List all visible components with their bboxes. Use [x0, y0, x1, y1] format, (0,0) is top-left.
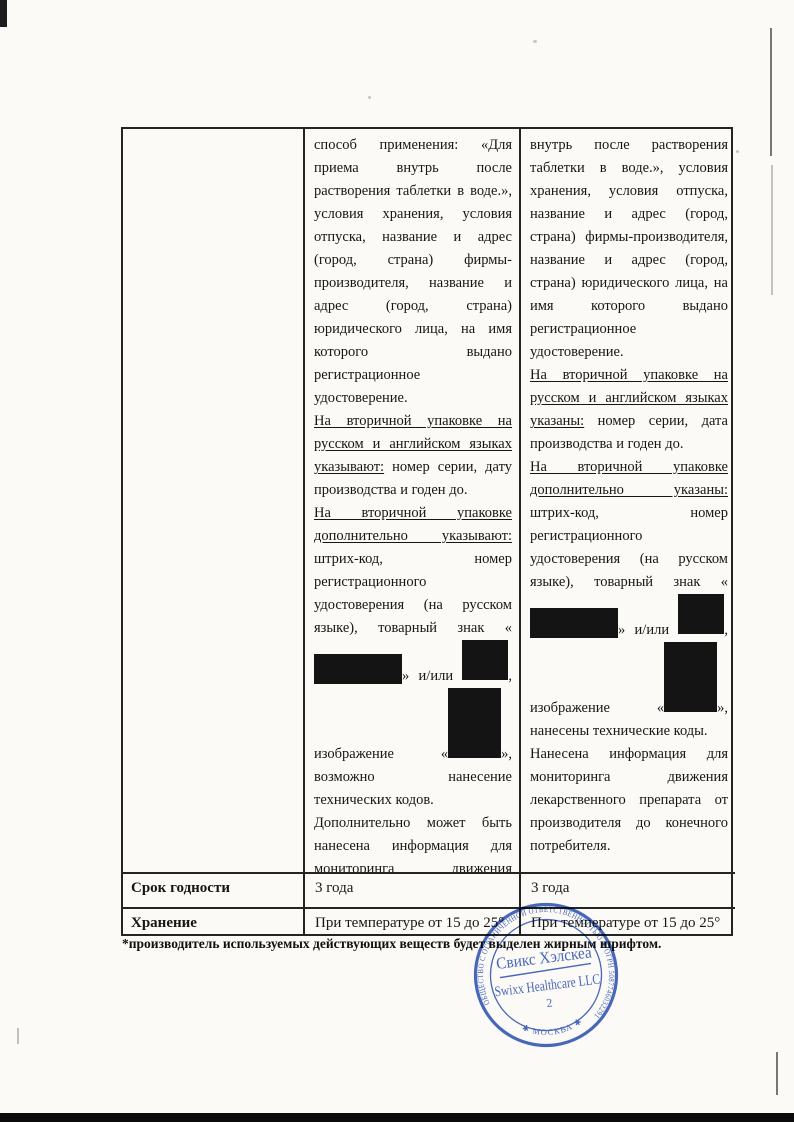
main-row-empty-label-cell — [123, 129, 303, 872]
scan-speck — [533, 40, 537, 43]
markings-text: штрих-код, номер регистрационного удосто… — [530, 505, 728, 590]
scan-artifact-left-edge-mark — [17, 1028, 19, 1044]
scan-artifact-right-edge-line — [776, 1052, 778, 1095]
redaction-box-trademark — [530, 608, 618, 638]
additional-markings-paragraph: На вторичной упаковке дополнительно указ… — [530, 456, 728, 743]
usage-paragraph: внутрь после растворения таблетки в воде… — [530, 134, 728, 364]
storage-label: Хранение — [123, 907, 303, 934]
packaging-text-column-1: способ применения: «Для приема внутрь по… — [303, 129, 519, 872]
seal-number: 2 — [546, 995, 554, 1010]
svg-text:✱ МОСКВА ✱: ✱ МОСКВА ✱ — [520, 1015, 586, 1040]
underlined-phrase: На вторичной упаковке дополнительно указ… — [314, 505, 512, 544]
redaction-box-logo — [678, 594, 724, 634]
monitoring-paragraph: Дополнительно может быть нанесена информ… — [314, 812, 512, 872]
secondary-pack-paragraph: На вторичной упаковке на русском и англи… — [530, 364, 728, 456]
packaging-text-column-2: внутрь после растворения таблетки в воде… — [519, 129, 735, 872]
scan-artifact-right-edge-line — [770, 28, 772, 156]
scan-artifact-right-edge-line — [771, 165, 773, 295]
shelf-life-label: Срок годности — [123, 872, 303, 907]
redaction-box-trademark — [314, 654, 402, 684]
scan-speck — [736, 150, 739, 153]
usage-text: способ применения: «Для приема внутрь по… — [314, 137, 512, 406]
secondary-pack-paragraph: На вторичной упаковке на русском и англи… — [314, 410, 512, 502]
monitoring-paragraph: Нанесена информация для мониторинга движ… — [530, 743, 728, 858]
scanned-page: способ применения: «Для приема внутрь по… — [0, 0, 794, 1122]
underlined-phrase: На вторичной упаковке дополнительно указ… — [530, 459, 728, 498]
redaction-box-image — [664, 642, 717, 712]
markings-text: штрих-код, номер регистрационного удосто… — [314, 551, 512, 636]
seal-city-text: ✱ МОСКВА ✱ — [520, 1015, 586, 1040]
markings-text: » и/или — [402, 668, 462, 684]
monitoring-text: Нанесена информация для мониторинга движ… — [530, 746, 728, 854]
scan-artifact-top-left-mark — [0, 0, 7, 27]
scan-artifact-bottom-bar — [0, 1113, 794, 1122]
redaction-box-logo — [462, 640, 508, 680]
monitoring-text: Дополнительно может быть нанесена информ… — [314, 815, 512, 872]
scan-speck — [368, 96, 371, 99]
company-seal: ОБЩЕСТВО С ОГРАНИЧЕННОЙ ОТВЕТСТВЕННОСТЬЮ… — [440, 869, 652, 1081]
usage-text: внутрь после растворения таблетки в воде… — [530, 137, 728, 360]
usage-paragraph: способ применения: «Для приема внутрь по… — [314, 134, 512, 410]
document-table: способ применения: «Для приема внутрь по… — [121, 127, 733, 936]
redaction-box-image — [448, 688, 501, 758]
markings-text: » и/или — [618, 622, 678, 638]
seal-company-name-ru: Свикс Хэлскеа — [495, 942, 593, 973]
additional-markings-paragraph: На вторичной упаковке дополнительно указ… — [314, 502, 512, 812]
